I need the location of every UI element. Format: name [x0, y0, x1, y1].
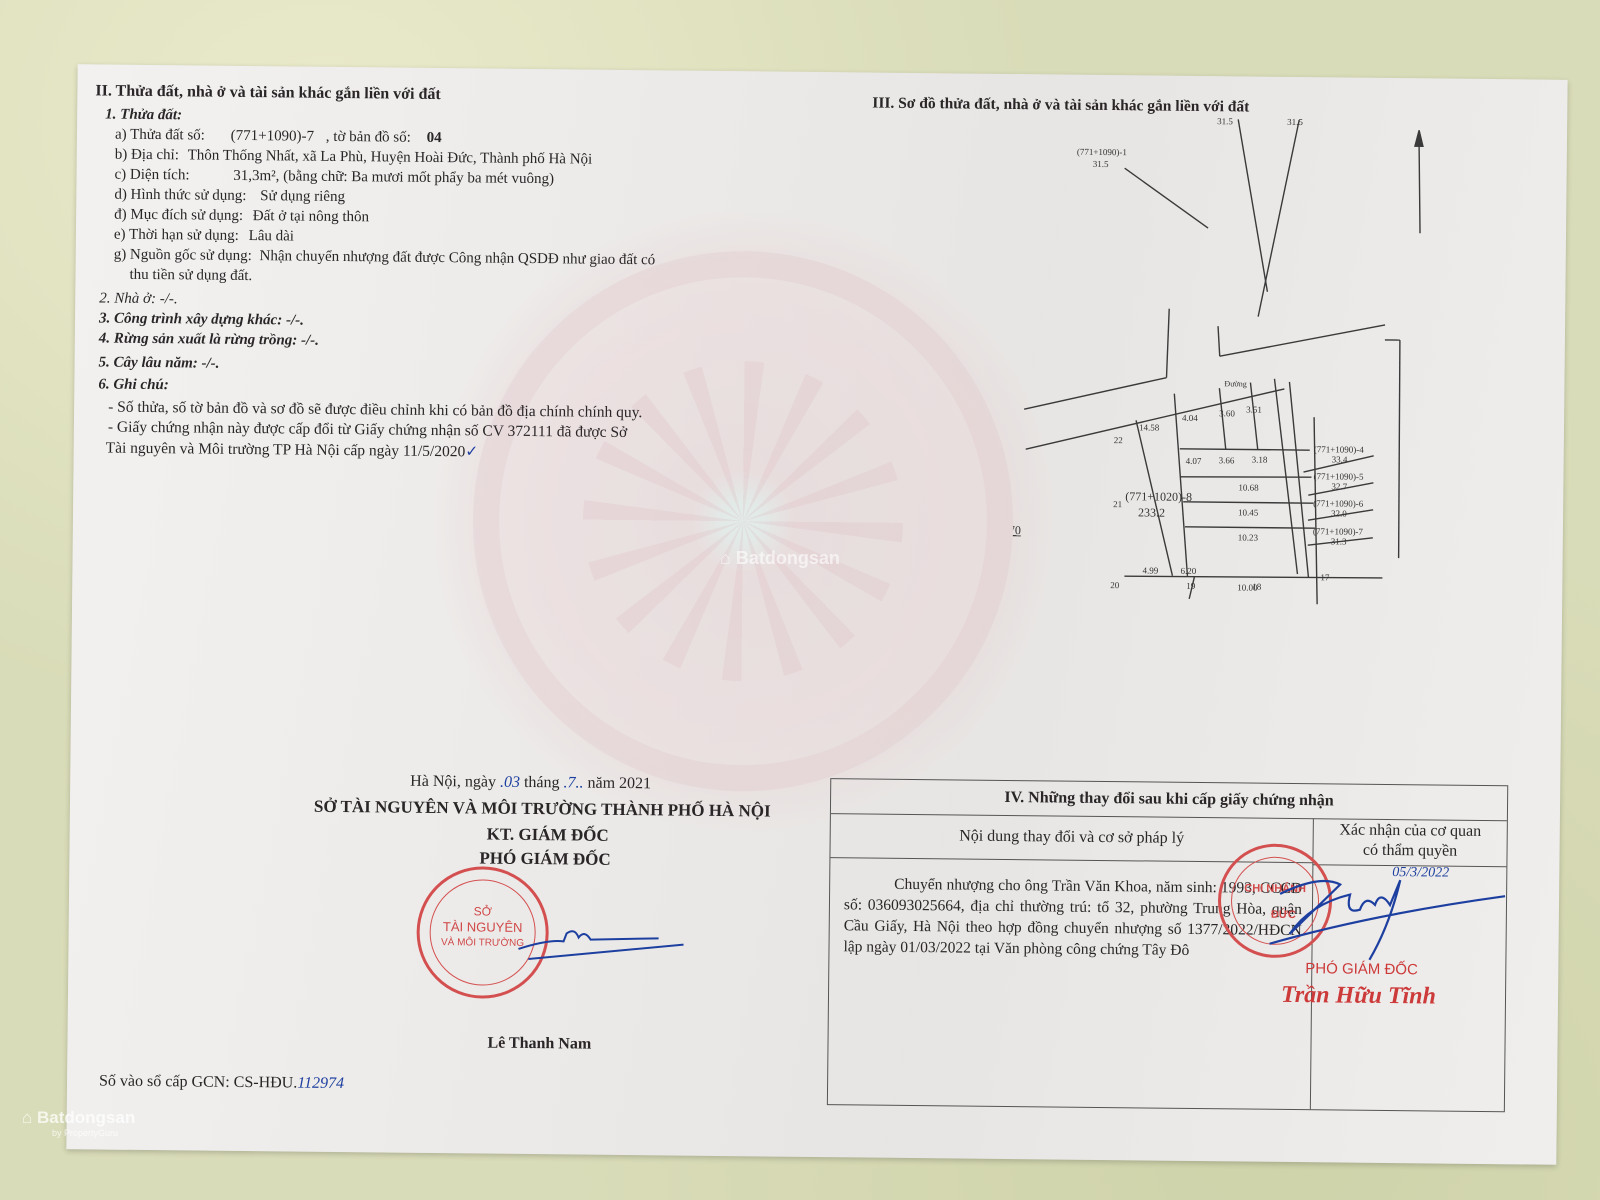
note-2-text: Tài nguyên và Môi trường TP Hà Nội cấp n… — [106, 440, 466, 461]
svg-text:4.99: 4.99 — [1142, 565, 1158, 575]
purpose-row: đ) Mục đích sử dụng: Đất ở tại nông thôn — [114, 207, 369, 227]
origin-row: g) Nguồn gốc sử dụng: Nhận chuyển nhượng… — [114, 247, 656, 270]
registry-value: 112974 — [297, 1075, 344, 1092]
svg-text:3.60: 3.60 — [1219, 408, 1235, 418]
svg-text:3.18: 3.18 — [1252, 455, 1268, 465]
date-month: .7.. — [563, 774, 583, 791]
svg-text:19: 19 — [1186, 581, 1196, 591]
section2-title: II. Thửa đất, nhà ở và tài sản khác gắn … — [95, 82, 441, 104]
section3-title: III. Sơ đồ thửa đất, nhà ở và tài sản kh… — [872, 95, 1249, 117]
svg-text:3.66: 3.66 — [1219, 455, 1235, 465]
date-line: Hà Nội, ngày .03 tháng .7.. năm 2021 — [410, 773, 651, 794]
check-mark-icon: ✓ — [465, 443, 478, 460]
address-row: b) Địa chỉ: Thôn Thống Nhất, xã La Phù, … — [115, 147, 593, 169]
confirm-signer: Trần Hữu Tĩnh — [1281, 982, 1436, 1011]
address-value: Thôn Thống Nhất, xã La Phù, Huyện Hoài Đ… — [188, 147, 593, 167]
term-label: e) Thời hạn sử dụng: — [114, 227, 239, 244]
registry-number: Số vào sổ cấp GCN: CS-HĐU.112974 — [99, 1073, 344, 1094]
svg-text:22: 22 — [1114, 435, 1123, 445]
svg-text:31.5: 31.5 — [1093, 159, 1109, 169]
forest-row: 4. Rừng sản xuất là rừng trồng: -/-. — [99, 330, 319, 349]
svg-text:(771+1090)-5: (771+1090)-5 — [1313, 471, 1364, 482]
certificate-page: II. Thửa đất, nhà ở và tài sản khác gắn … — [66, 64, 1567, 1165]
parcel-diagram: (771+1090)-2 31.5 (771+1090)-3 31.5 (771… — [1012, 114, 1437, 618]
term-value: Lâu dài — [249, 228, 295, 244]
signature-right — [1249, 854, 1510, 967]
changes-table: IV. Những thay đổi sau khi cấp giấy chứn… — [827, 778, 1508, 1112]
svg-text:(771+1020)-8: (771+1020)-8 — [1125, 489, 1192, 504]
origin-line2: thu tiền sử dụng đất. — [129, 267, 252, 285]
month-label: tháng — [524, 774, 560, 791]
usage-form-label: d) Hình thức sử dụng: — [114, 187, 246, 204]
date-prefix: Hà Nội, ngày — [410, 773, 496, 791]
logo-icon: ⌂ — [22, 1108, 37, 1127]
parcel-label: a) Thửa đất số: — [115, 127, 205, 144]
parcel-number: (771+1090)-7 — [231, 128, 315, 145]
svg-text:10.68: 10.68 — [1238, 482, 1259, 492]
purpose-label: đ) Mục đích sử dụng: — [114, 207, 243, 224]
agency-name: SỞ TÀI NGUYÊN VÀ MÔI TRƯỜNG THÀNH PHỐ HÀ… — [314, 797, 771, 822]
note-2-line2: Tài nguyên và Môi trường TP Hà Nội cấp n… — [106, 439, 479, 462]
svg-text:32.7: 32.7 — [1331, 481, 1347, 491]
parcel-row: a) Thửa đất số: (771+1090)-7 , tờ bản đồ… — [115, 127, 442, 147]
usage-form-value: Sử dụng riêng — [260, 188, 345, 205]
svg-text:4.07: 4.07 — [1186, 456, 1202, 466]
confirm-title: PHÓ GIÁM ĐỐC — [1305, 960, 1418, 978]
term-row: e) Thời hạn sử dụng: Lâu dài — [114, 227, 294, 246]
usage-form-row: d) Hình thức sử dụng: Sử dụng riêng — [114, 187, 345, 206]
north-arrow-icon — [1418, 138, 1421, 233]
svg-text:(771+1090)-6: (771+1090)-6 — [1313, 498, 1364, 509]
signature-left — [508, 919, 689, 971]
map-sheet-number: 04 — [427, 130, 442, 146]
svg-text:31.3: 31.3 — [1331, 536, 1347, 546]
svg-text:31.5: 31.5 — [1217, 116, 1233, 126]
svg-text:18: 18 — [1252, 582, 1262, 592]
signer-name: Lê Thanh Nam — [487, 1035, 591, 1054]
registry-label: Số vào sổ cấp GCN: CS-HĐU. — [99, 1073, 297, 1092]
svg-text:17: 17 — [1320, 572, 1330, 582]
area-value: 31,3m², (bằng chữ: Ba mươi mốt phẩy ba m… — [233, 168, 554, 187]
area-row: c) Diện tích: 31,3m², (bằng chữ: Ba mươi… — [114, 167, 554, 189]
logo-icon: ⌂ — [720, 548, 736, 568]
origin-value: Nhận chuyển nhượng đất được Công nhận QS… — [260, 248, 656, 268]
address-label: b) Địa chỉ: — [115, 147, 179, 164]
svg-text:6.20: 6.20 — [1180, 566, 1196, 576]
other-construction-row: 3. Công trình xây dựng khác: -/-. — [99, 310, 304, 329]
map-sheet-label: , tờ bản đồ số: — [326, 129, 411, 146]
corner-watermark: ⌂ Batdongsan by PropertyGuru — [22, 1108, 135, 1138]
center-watermark: ⌂ Batdongsan — [720, 548, 840, 569]
svg-text:10.45: 10.45 — [1238, 507, 1259, 517]
origin-label: g) Nguồn gốc sử dụng: — [114, 247, 252, 264]
svg-text:21: 21 — [1113, 499, 1122, 509]
svg-text:33.4: 33.4 — [1332, 454, 1348, 464]
kt-director: KT. GIÁM ĐỐC — [487, 825, 609, 846]
house-row: 2. Nhà ở: -/-. — [99, 290, 178, 308]
date-year: năm 2021 — [587, 775, 651, 793]
svg-text:14.58: 14.58 — [1139, 422, 1160, 432]
svg-text:31.5: 31.5 — [1287, 117, 1303, 127]
svg-text:32.0: 32.0 — [1331, 508, 1347, 518]
perennial-row: 5. Cây lâu năm: -/-. — [99, 354, 220, 372]
svg-text:(771+1090)-4: (771+1090)-4 — [1314, 444, 1365, 455]
svg-text:233.2: 233.2 — [1138, 505, 1165, 519]
area-label: c) Diện tích: — [114, 167, 189, 184]
svg-text:4.04: 4.04 — [1182, 413, 1198, 423]
svg-text:Đường: Đường — [1224, 379, 1246, 388]
signer-title: PHÓ GIÁM ĐỐC — [479, 848, 610, 869]
purpose-value: Đất ở tại nông thôn — [253, 208, 369, 225]
svg-text:(771+1090)-1: (771+1090)-1 — [1077, 147, 1127, 158]
svg-text:3.51: 3.51 — [1246, 404, 1262, 414]
svg-text:10.23: 10.23 — [1238, 532, 1259, 542]
svg-text:20: 20 — [1110, 580, 1120, 590]
national-seal-watermark — [430, 208, 1056, 834]
svg-text:(771+1090)-7: (771+1090)-7 — [1313, 526, 1364, 537]
neighbor-770: 770 — [1012, 523, 1021, 537]
land-heading: 1. Thửa đất: — [105, 107, 182, 125]
notes-heading: 6. Ghi chú: — [98, 376, 169, 394]
date-day: .03 — [500, 774, 520, 791]
